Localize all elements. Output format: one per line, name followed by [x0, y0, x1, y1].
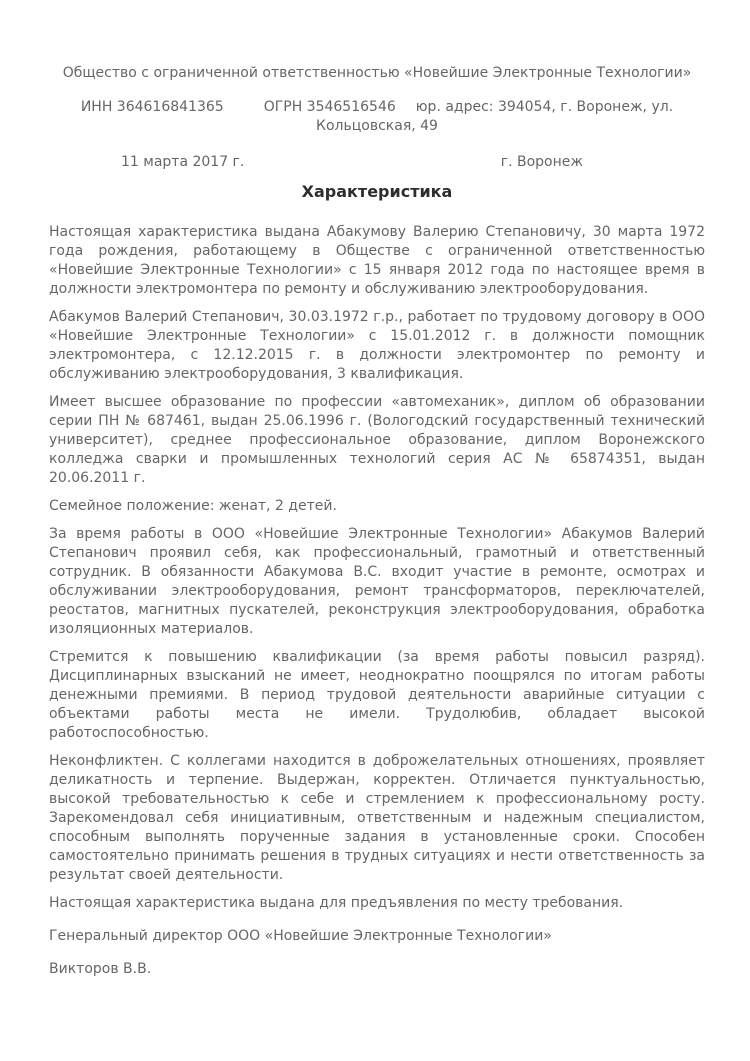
date-city-row: 11 марта 2017 г. г. Воронеж — [49, 153, 705, 172]
paragraph-qualification: Стремится к повышению квалификации (за в… — [49, 648, 705, 743]
inn-value: ИНН 364616841365 — [81, 99, 224, 115]
paragraph-introduction: Настоящая характеристика выдана Абакумов… — [49, 223, 705, 299]
closing-statement: Настоящая характеристика выдана для пред… — [49, 894, 705, 913]
paragraph-employment-history: Абакумов Валерий Степанович, 30.03.1972 … — [49, 308, 705, 384]
legal-address-part2: Кольцовская, 49 — [49, 117, 705, 136]
company-requisites: ИНН 364616841365ОГРН 3546516546юр. адрес… — [49, 98, 705, 136]
paragraph-duties: За время работы в ООО «Новейшие Электрон… — [49, 525, 705, 639]
paragraph-family-status: Семейное положение: женат, 2 детей. — [49, 497, 705, 516]
paragraph-personal-qualities: Неконфликтен. С коллегами находится в до… — [49, 752, 705, 885]
signer-position: Генеральный директор ООО «Новейшие Элект… — [49, 927, 705, 946]
paragraph-education: Имеет высшее образование по профессии «а… — [49, 393, 705, 488]
signer-name: Викторов В.В. — [49, 960, 705, 979]
document-page: Общество с ограниченной ответственностью… — [0, 0, 750, 1061]
requisites-line: ИНН 364616841365ОГРН 3546516546юр. адрес… — [49, 98, 705, 117]
document-date: 11 марта 2017 г. — [121, 153, 244, 172]
ogrn-value: ОГРН 3546516546 — [264, 99, 396, 115]
document-title: Характеристика — [49, 182, 705, 201]
legal-address-part1: юр. адрес: 394054, г. Воронеж, ул. — [416, 99, 673, 115]
document-city: г. Воронеж — [501, 153, 583, 172]
company-name: Общество с ограниченной ответственностью… — [49, 64, 705, 83]
